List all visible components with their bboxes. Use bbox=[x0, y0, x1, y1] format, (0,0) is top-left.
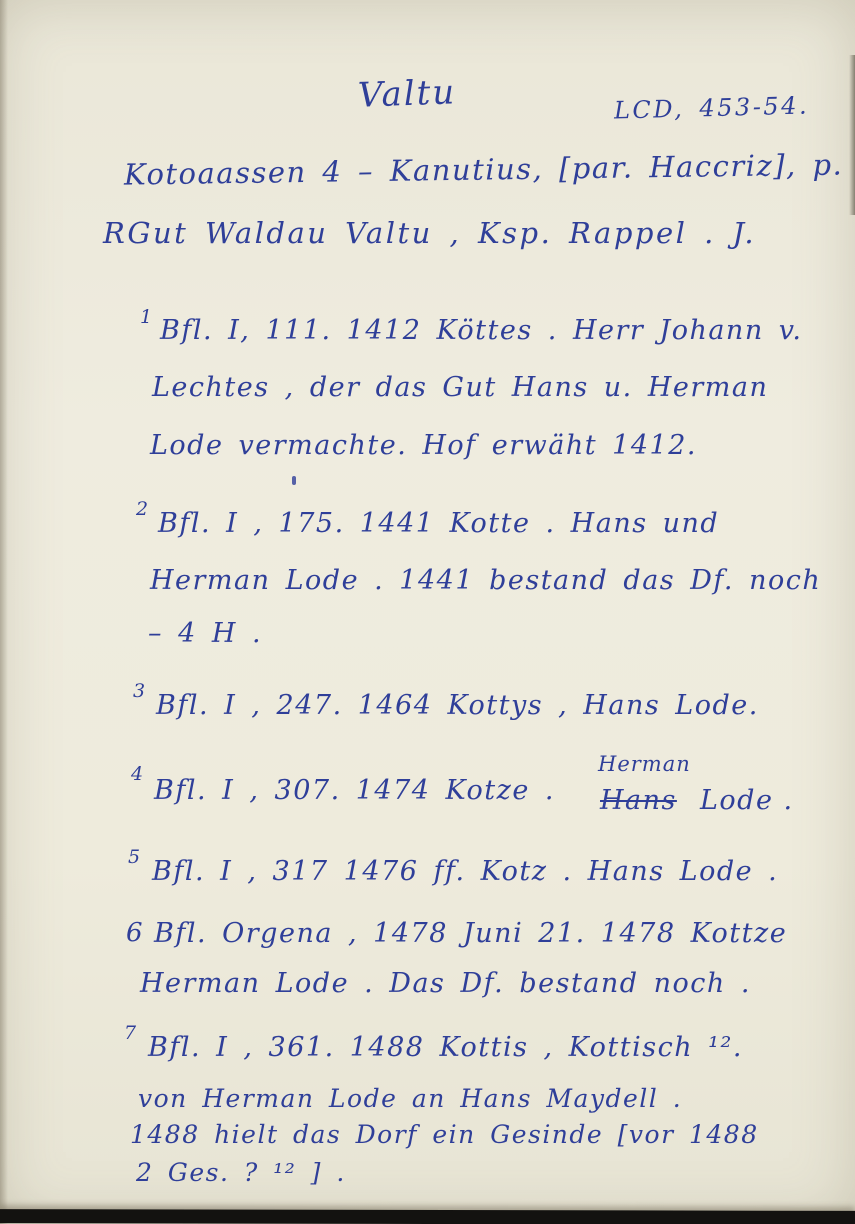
scanned-index-card: Valtu LCD, 453-54. Kotoaassen 4 – Kanuti… bbox=[0, 0, 855, 1224]
entry-4-marker: 4 bbox=[131, 763, 143, 785]
entry-1-line-1: Bfl. I, 111. 1412 Köttes . Herr Johann v… bbox=[160, 315, 802, 346]
entry-4-tail: Lode . bbox=[700, 785, 794, 816]
entry-4-struck-word: Hans bbox=[600, 785, 677, 816]
entry-6-line-2: Herman Lode . Das Df. bestand noch . bbox=[140, 968, 751, 999]
entry-5-line-1: Bfl. I , 317 1476 ff. Kotz . Hans Lode . bbox=[152, 856, 778, 887]
entry-4-line-1: Bfl. I , 307. 1474 Kotze . bbox=[154, 775, 555, 806]
entry-3-line-1: Bfl. I , 247. 1464 Kottys , Hans Lode. bbox=[156, 690, 759, 721]
entry-1-line-2: Lechtes , der das Gut Hans u. Herman bbox=[152, 372, 768, 403]
entry-7-line-2: von Herman Lode an Hans Maydell . bbox=[138, 1084, 682, 1113]
archive-reference: LCD, 453-54. bbox=[614, 91, 810, 124]
entry-3-marker: 3 bbox=[133, 680, 145, 702]
entry-7-line-4: 2 Ges. ? ¹² ] . bbox=[136, 1158, 346, 1187]
entry-7-line-1: Bfl. I , 361. 1488 Kottis , Kottisch ¹². bbox=[148, 1032, 743, 1063]
entry-7-line-3: 1488 hielt das Dorf ein Gesinde [vor 148… bbox=[130, 1120, 759, 1149]
heading-line-2: RGut Waldau Valtu , Ksp. Rappel . J. bbox=[103, 216, 756, 250]
scanner-edge-bar bbox=[0, 1209, 855, 1224]
paper-left-edge bbox=[0, 0, 8, 1224]
entry-2-line-3: – 4 H . bbox=[148, 618, 262, 649]
entry-1-line-3: Lode vermachte. Hof erwäht 1412. bbox=[150, 430, 697, 461]
entry-6-line-1: Bfl. Orgena , 1478 Juni 21. 1478 Kottze bbox=[154, 918, 787, 949]
entry-2-marker: 2 bbox=[136, 498, 148, 520]
card-title: Valtu bbox=[357, 72, 456, 115]
entry-2-line-2: Herman Lode . 1441 bestand das Df. noch bbox=[150, 565, 821, 596]
entry-7-marker: 7 bbox=[124, 1022, 136, 1044]
entry-1-marker: 1 bbox=[140, 306, 152, 328]
paper-right-edge bbox=[849, 55, 855, 215]
entry-2-line-1: Bfl. I , 175. 1441 Kotte . Hans und bbox=[158, 508, 719, 539]
entry-5-marker: 5 bbox=[128, 846, 140, 868]
heading-line-1: Kotoaassen 4 – Kanutius, [par. Haccriz],… bbox=[124, 146, 855, 191]
ink-speck bbox=[292, 476, 296, 485]
entry-4-correction-above: Herman bbox=[598, 752, 691, 776]
entry-6-marker: 6 bbox=[126, 918, 143, 948]
